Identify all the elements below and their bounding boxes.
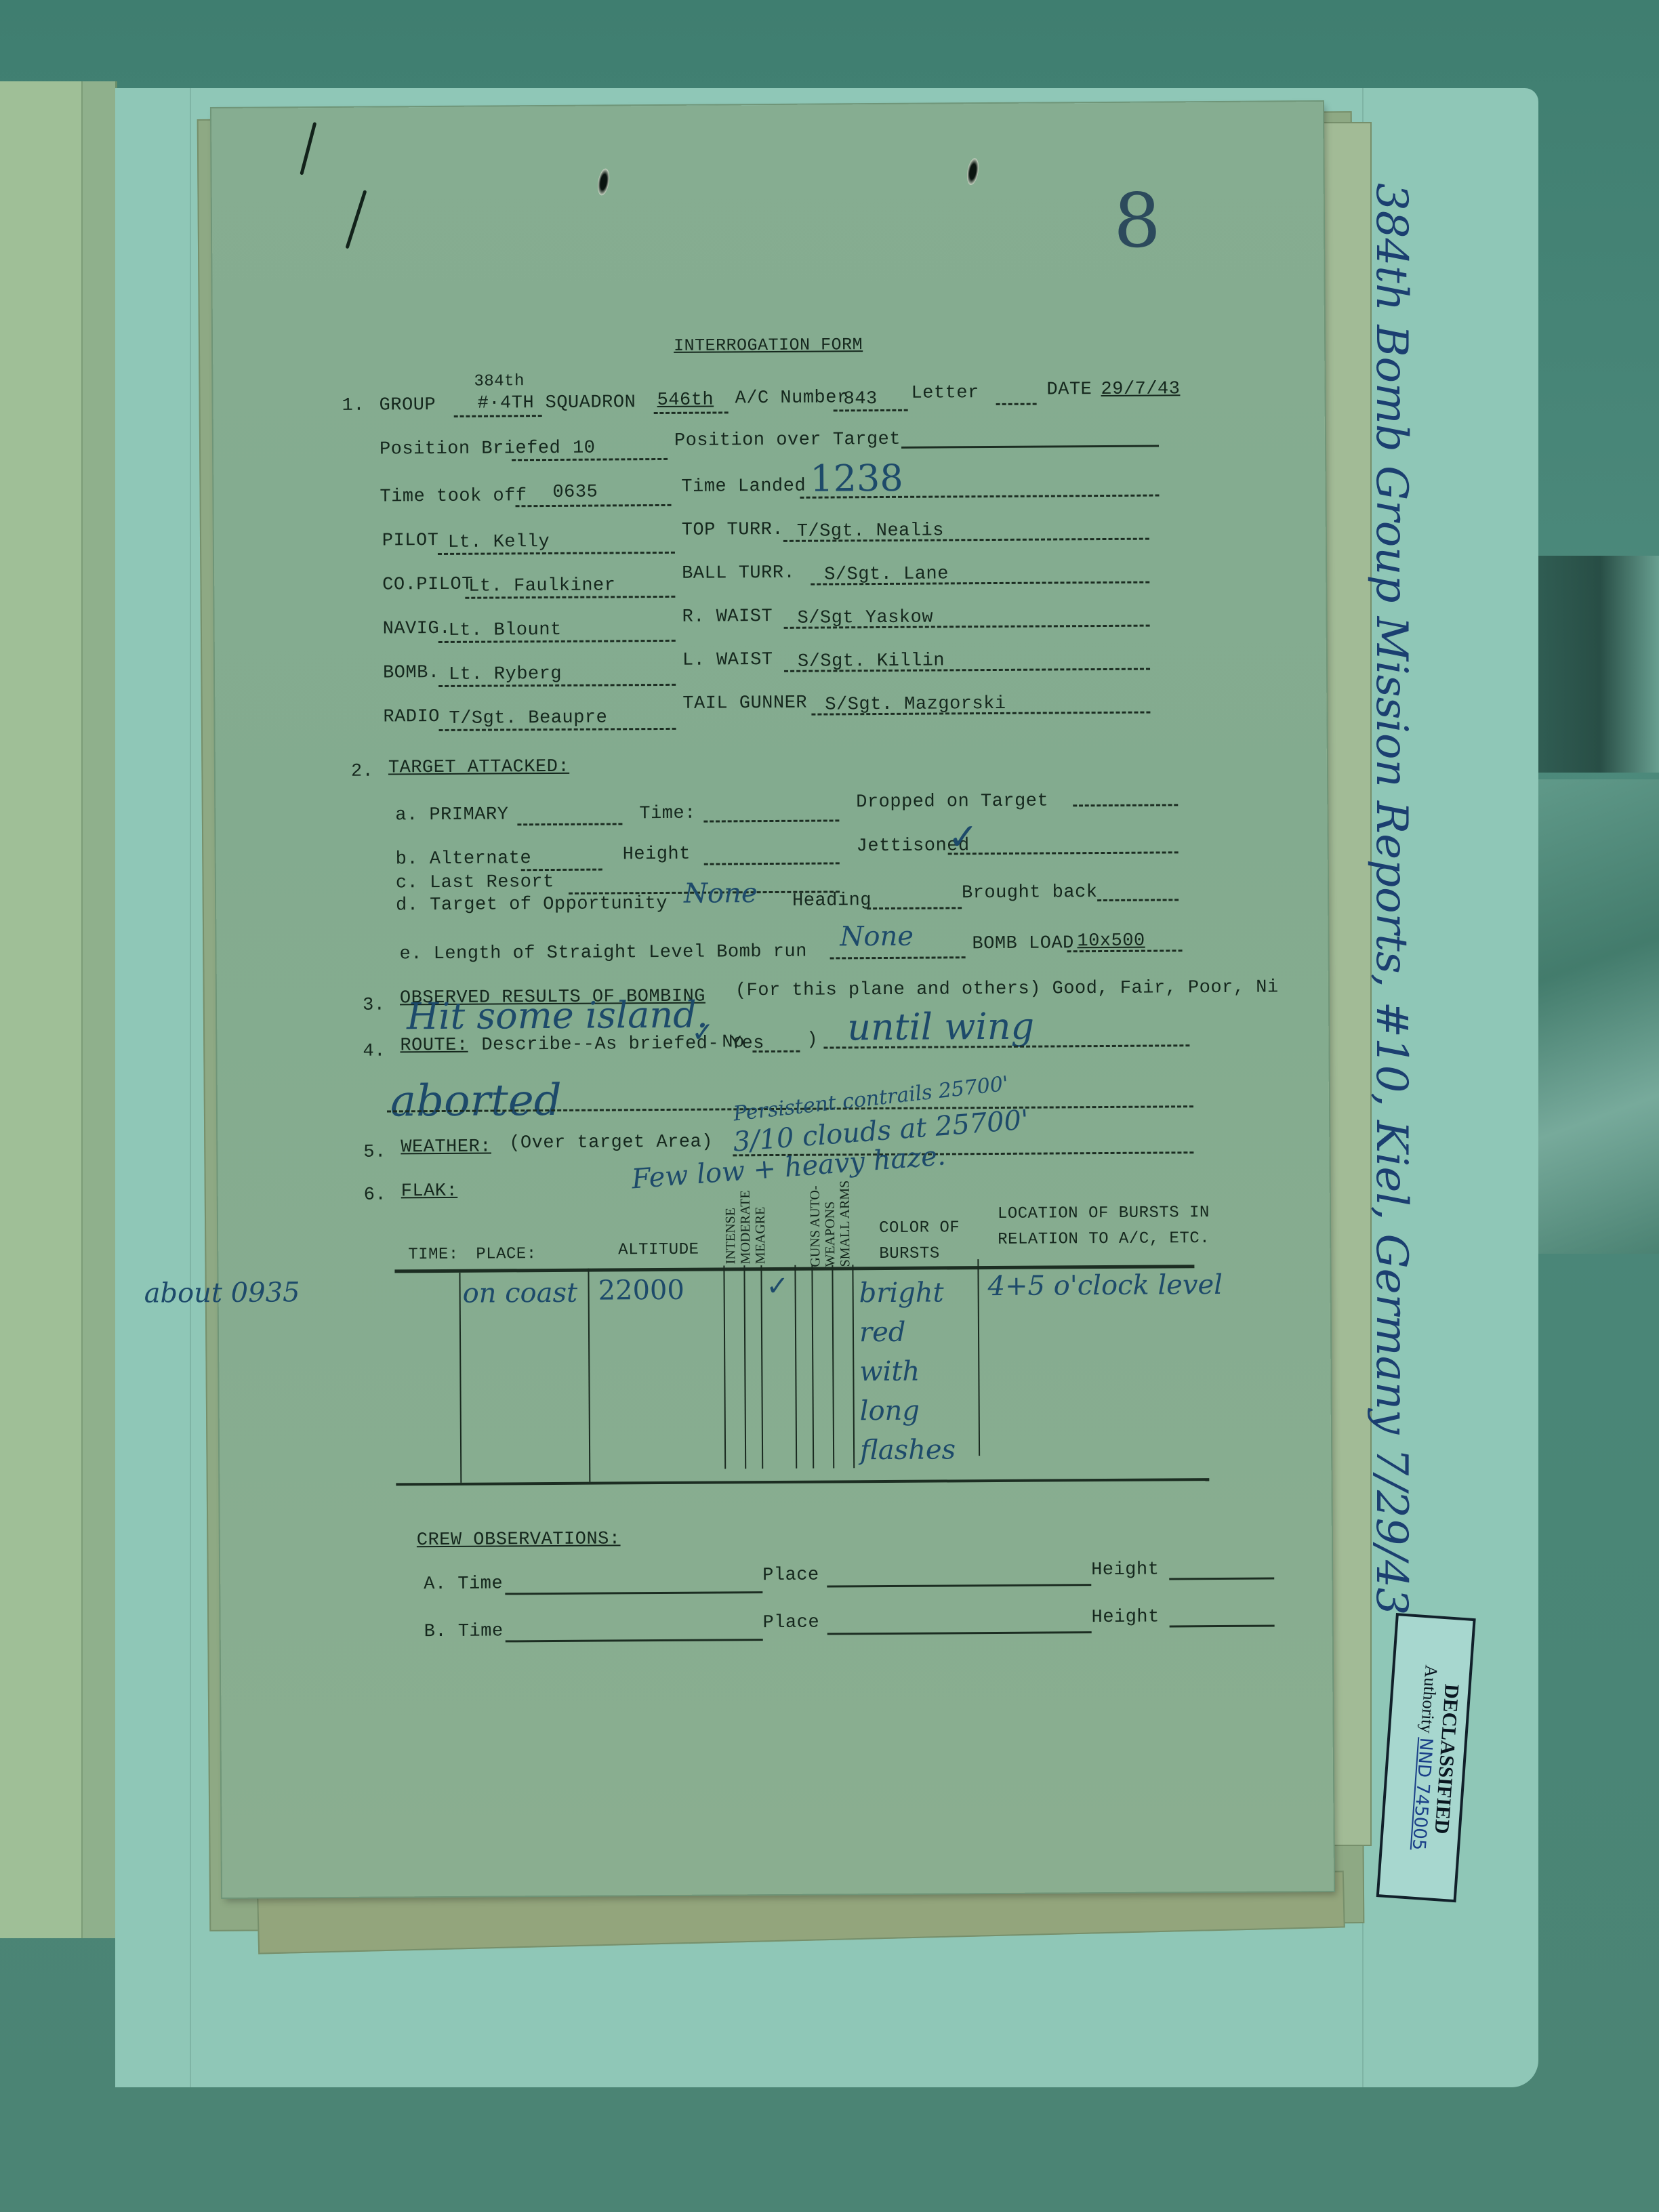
flak-color-header: COLOR OF BURSTS	[879, 1215, 974, 1267]
position-over-target-field[interactable]	[901, 445, 1159, 449]
crew-role-label: TOP TURR.	[682, 520, 784, 541]
weather-prompt: (Over target Area)	[509, 1132, 713, 1154]
crew-obs-place-label: Place	[763, 1613, 820, 1634]
section4-number: 4.	[363, 1041, 386, 1061]
ac-number-field[interactable]: 843	[844, 389, 878, 409]
crew-obs-place-label: Place	[762, 1565, 819, 1586]
time-took-off-field[interactable]: 0635	[552, 483, 598, 503]
group-field[interactable]: #·4TH	[478, 393, 535, 414]
date-field[interactable]: 29/7/43	[1101, 379, 1180, 400]
section5-number: 5.	[363, 1142, 386, 1162]
crew-obs-place-field[interactable]	[827, 1584, 1091, 1587]
flak-altitude-cell[interactable]: 22000	[598, 1275, 684, 1307]
section2-number: 2.	[351, 762, 374, 782]
jettisoned-check[interactable]: ✓	[947, 815, 979, 858]
position-briefed-field[interactable]: 10	[573, 438, 596, 459]
dropped-on-target-label: Dropped on Target	[856, 792, 1048, 813]
crew-role-label: PILOT	[382, 531, 439, 552]
crew-obs-place-field[interactable]	[827, 1631, 1092, 1635]
crew-obs-height-field[interactable]	[1170, 1624, 1275, 1627]
flak-intensity-header: INTENSE MODERATE MEAGRE	[722, 1162, 768, 1264]
section4-title: ROUTE:	[400, 1036, 468, 1057]
crew-role-label: BALL TURR.	[682, 563, 795, 584]
crew-role-label: BOMB.	[383, 663, 440, 684]
flak-type-header: GUNS AUTO-WEAPONS SMALL ARMS	[807, 1158, 853, 1267]
crew-obs-height-field[interactable]	[1169, 1577, 1274, 1580]
route-yes-check[interactable]: ✓	[691, 1017, 714, 1048]
route-close-paren: )	[806, 1030, 818, 1050]
form-title: INTERROGATION FORM	[674, 335, 863, 356]
section3-number: 3.	[363, 995, 386, 1015]
crew-role-label: CO.PILOT	[382, 575, 473, 596]
crew-role-label: L. WAIST	[682, 650, 773, 671]
crew-name-field[interactable]: Lt. Ryberg	[449, 664, 562, 685]
flak-location-header: LOCATION OF BURSTS IN RELATION TO A/C, E…	[998, 1200, 1242, 1253]
crew-role-label: R. WAIST	[682, 607, 773, 628]
crew-underline	[465, 596, 675, 599]
last-resort-label: c. Last Resort	[396, 872, 554, 893]
primary-time-field[interactable]	[703, 819, 839, 822]
group-label: GROUP	[380, 395, 436, 416]
bombing-results-field[interactable]: Hit some island.	[407, 994, 708, 1038]
squadron-label: SQUADRON	[546, 392, 636, 413]
time-landed-label: Time Landed	[681, 476, 806, 497]
flak-meagre-check[interactable]: ✓	[766, 1271, 789, 1302]
date-label: DATE	[1046, 380, 1092, 400]
squadron-field[interactable]: 546th	[657, 390, 714, 411]
crew-obs-time-label: B. Time	[424, 1621, 504, 1642]
crew-role-label: NAVIG.	[383, 619, 451, 640]
crew-obs-time-field[interactable]	[505, 1591, 762, 1595]
section6-number: 6.	[364, 1185, 387, 1205]
ac-number-label: A/C Number	[735, 388, 848, 409]
dropped-on-target-field[interactable]	[1073, 804, 1178, 806]
crew-name-field[interactable]: Lt. Blount	[449, 620, 562, 641]
time-took-off-label: Time took off	[380, 486, 527, 507]
route-no-label: No	[722, 1032, 745, 1052]
flak-time-cell[interactable]: about 0935	[144, 1277, 300, 1309]
height-label: Height	[623, 844, 691, 865]
position-briefed-label: Position Briefed	[380, 438, 560, 460]
flak-color-cell[interactable]: bright red with long flashes	[859, 1273, 968, 1470]
folder-handwritten-label: 384th Bomb Group Mission Reports, #10, K…	[1366, 183, 1416, 1403]
section2-title: TARGET ATTACKED:	[388, 757, 569, 779]
crew-name-field[interactable]: Lt. Faulkiner	[468, 575, 615, 596]
punch-hole-left	[596, 167, 611, 196]
pencil-mark	[300, 122, 316, 176]
section3-note: (For this plane and others) Good, Fair, …	[735, 977, 1279, 1001]
primary-label: a. PRIMARY	[395, 804, 508, 825]
crew-obs-height-label: Height	[1091, 1607, 1159, 1629]
crew-name-field[interactable]: Lt. Kelly	[448, 532, 550, 553]
crew-obs-height-label: Height	[1091, 1560, 1159, 1581]
section1-number: 1.	[342, 396, 365, 416]
flak-place-header: PLACE:	[476, 1245, 537, 1264]
route-description-line2[interactable]: aborted	[390, 1076, 562, 1127]
letter-label: Letter	[911, 383, 979, 404]
crew-obs-time-field[interactable]	[506, 1639, 763, 1642]
bomb-run-length-field[interactable]: None	[840, 921, 914, 953]
interrogation-form-page: 8 INTERROGATION FORM 1. GROUP 384th #·4T…	[211, 102, 1334, 1898]
bomb-load-label: BOMB LOAD	[972, 933, 1074, 954]
target-of-opportunity-field[interactable]: None	[684, 878, 758, 909]
route-no-field[interactable]	[752, 1050, 800, 1052]
punch-hole-right	[965, 157, 980, 186]
crew-name-field[interactable]: T/Sgt. Beaupre	[449, 708, 607, 729]
page-number-mark	[345, 190, 367, 249]
time-landed-field[interactable]: 1238	[810, 457, 903, 500]
height-field[interactable]	[704, 862, 840, 865]
bomb-load-field[interactable]: 10x500	[1077, 931, 1145, 952]
section6-title: FLAK:	[401, 1181, 458, 1202]
brought-back-field[interactable]	[1097, 899, 1179, 901]
target-of-opportunity-label: d. Target of Opportunity	[396, 894, 668, 916]
adjacent-folder	[0, 81, 117, 1938]
crew-role-label: RADIO	[383, 707, 440, 728]
crew-role-label: TAIL GUNNER	[682, 693, 807, 714]
flak-place-cell[interactable]: on coast	[463, 1277, 578, 1309]
flak-altitude-header: ALTITUDE	[618, 1241, 699, 1260]
flak-location-cell[interactable]: 4+5 o'clock level	[987, 1269, 1223, 1302]
group-value-above: 384th	[474, 372, 525, 390]
bomb-run-length-label: e. Length of Straight Level Bomb run	[399, 942, 806, 965]
crew-obs-time-label: A. Time	[424, 1574, 503, 1595]
flak-time-header: TIME:	[408, 1246, 459, 1264]
heading-label: Heading	[792, 890, 872, 912]
brought-back-label: Brought back	[962, 882, 1098, 903]
position-over-target-label: Position over Target	[674, 430, 901, 451]
alternate-label: b. Alternate	[396, 848, 532, 869]
route-description-line1[interactable]: until wing	[847, 1005, 1034, 1049]
section5-title: WEATHER:	[401, 1137, 491, 1158]
page-mark-8: 8	[1113, 177, 1162, 264]
primary-field[interactable]	[517, 823, 622, 825]
primary-time-label: Time:	[639, 804, 696, 825]
heading-field[interactable]	[867, 907, 962, 909]
crew-observations-title: CREW OBSERVATIONS:	[417, 1529, 621, 1551]
